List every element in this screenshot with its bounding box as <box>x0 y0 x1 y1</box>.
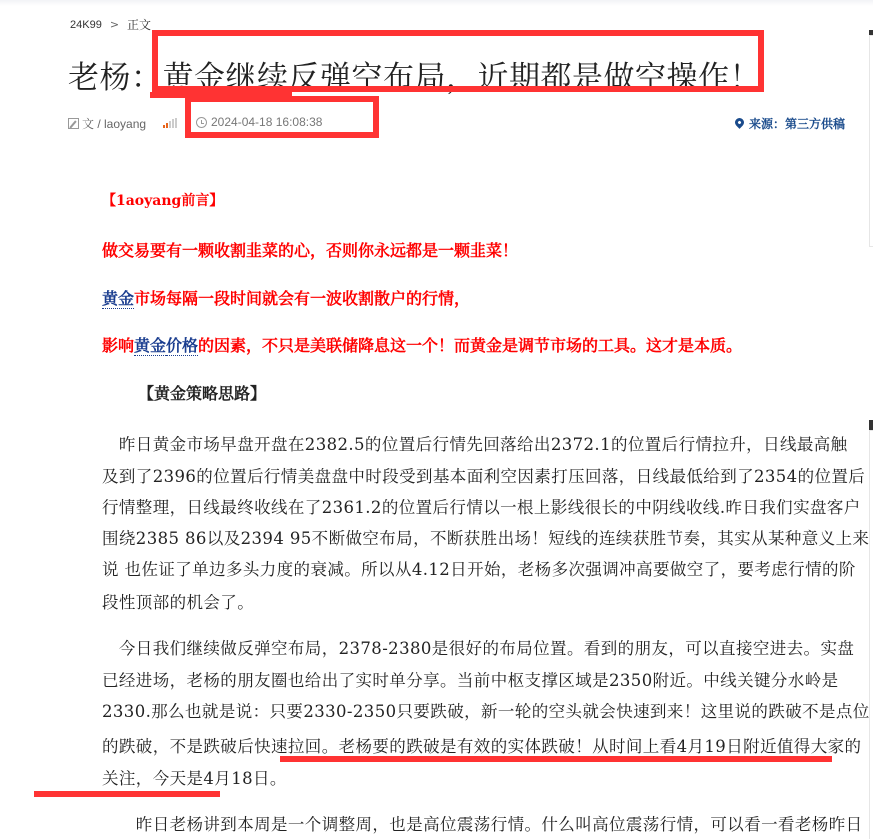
annotation-underline-title <box>150 92 292 98</box>
strategy-heading: 【黄金策略思路】 <box>138 381 266 404</box>
intro-line-1: 做交易要有一颗收割韭菜的心，否则你永远都是一颗韭菜！ <box>102 238 518 261</box>
paragraph-line: 2330.那么也就是说：只要2330-2350只要跌破，新一轮的空头就会快速到来… <box>102 698 870 722</box>
paragraph-line: 关注，今天是4月18日。 <box>102 765 287 789</box>
breadcrumb-current: 正文 <box>127 16 151 33</box>
sidebar-panel <box>869 35 873 247</box>
breadcrumb-separator: > <box>110 18 119 31</box>
paragraph-line: 行情整理，日线最终收线在了2361.2的位置后行情以一根上影线很长的中阴线收线.… <box>102 494 861 518</box>
publish-time: 2024-04-18 16:08:38 <box>196 115 322 129</box>
paragraph-line: 及到了2396的位置后行情美盘盘中时段受到基本面利空因素打压回落，日线最低给到了… <box>102 463 865 487</box>
article-title: 老杨：黄金继续反弹空布局，近期都是做空操作！ <box>68 52 761 97</box>
clock-icon <box>196 117 207 128</box>
breadcrumb: 24K99 > 正文 <box>70 16 151 33</box>
intro-line-3-pre: 影响 <box>102 336 134 355</box>
intro-line-3: 影响黄金价格的因素，不只是美联储降息这一个！而黄金是调节市场的工具。这才是本质。 <box>102 333 742 356</box>
location-pin-icon <box>733 116 746 129</box>
author-info: 文 / laoyang <box>68 115 146 132</box>
paragraph-line: 围绕2385 86以及2394 95不断做空布局，不断获胜出场！短线的连续获胜节… <box>102 525 869 549</box>
paragraph-line: 昨日黄金市场早盘开盘在2382.5的位置后行情先回落给出2372.1的位置后行情… <box>102 431 848 455</box>
edit-icon <box>68 118 79 129</box>
paragraph-line: 的跌破，不是跌破后快速拉回。老杨要的跌破是有效的实体跌破！从时间上看4月19日附… <box>102 733 861 757</box>
price-link[interactable]: 价格 <box>166 336 198 356</box>
annotation-underline-today <box>34 791 220 797</box>
intro-line-2: 黄金市场每隔一段时间就会有一波收割散户的行情， <box>102 286 470 309</box>
breadcrumb-home-link[interactable]: 24K99 <box>70 19 102 31</box>
sidebar-heading-fragment-2 <box>869 420 873 430</box>
paragraph-3-line: 昨日老杨讲到本周是一个调整周，也是高位震荡行情。什么叫高位震荡行情，可以看一看老… <box>102 811 863 835</box>
top-bar <box>0 0 873 6</box>
paragraph-line: 段性顶部的机会了。 <box>102 589 254 613</box>
author-name[interactable]: 文 / laoyang <box>82 115 146 132</box>
annotation-underline-key-sentence <box>280 756 832 762</box>
source-text: 来源：第三方供稿 <box>749 115 845 132</box>
intro-heading: 【1aoyang前言】 <box>102 190 223 210</box>
paragraph-line: 已经进场，老杨的朋友圈也给出了实时单分享。当前中枢支撑区域是2350附近。中线关… <box>102 667 839 691</box>
publish-time-text: 2024-04-18 16:08:38 <box>211 115 322 129</box>
signal-strength-icon <box>163 118 177 128</box>
sidebar-panel-2 <box>869 430 873 839</box>
article-meta: 文 / laoyang 2024-04-18 16:08:38 来源：第三方供稿 <box>68 115 845 133</box>
intro-line-2-text: 市场每隔一段时间就会有一波收割散户的行情， <box>134 289 470 308</box>
article-source: 来源：第三方供稿 <box>735 115 845 132</box>
gold-link[interactable]: 黄金 <box>102 289 134 309</box>
intro-line-3-text: 的因素，不只是美联储降息这一个！而黄金是调节市场的工具。这才是本质。 <box>198 336 742 355</box>
paragraph-line: 今日我们继续做反弹空布局，2378-2380是很好的布局位置。看到的朋友，可以直… <box>102 635 854 659</box>
gold-link-2[interactable]: 黄金 <box>134 336 166 356</box>
paragraph-line: 说 也佐证了单边多头力度的衰减。所以从4.12日开始，老杨多次强调冲高要做空了，… <box>102 556 856 580</box>
